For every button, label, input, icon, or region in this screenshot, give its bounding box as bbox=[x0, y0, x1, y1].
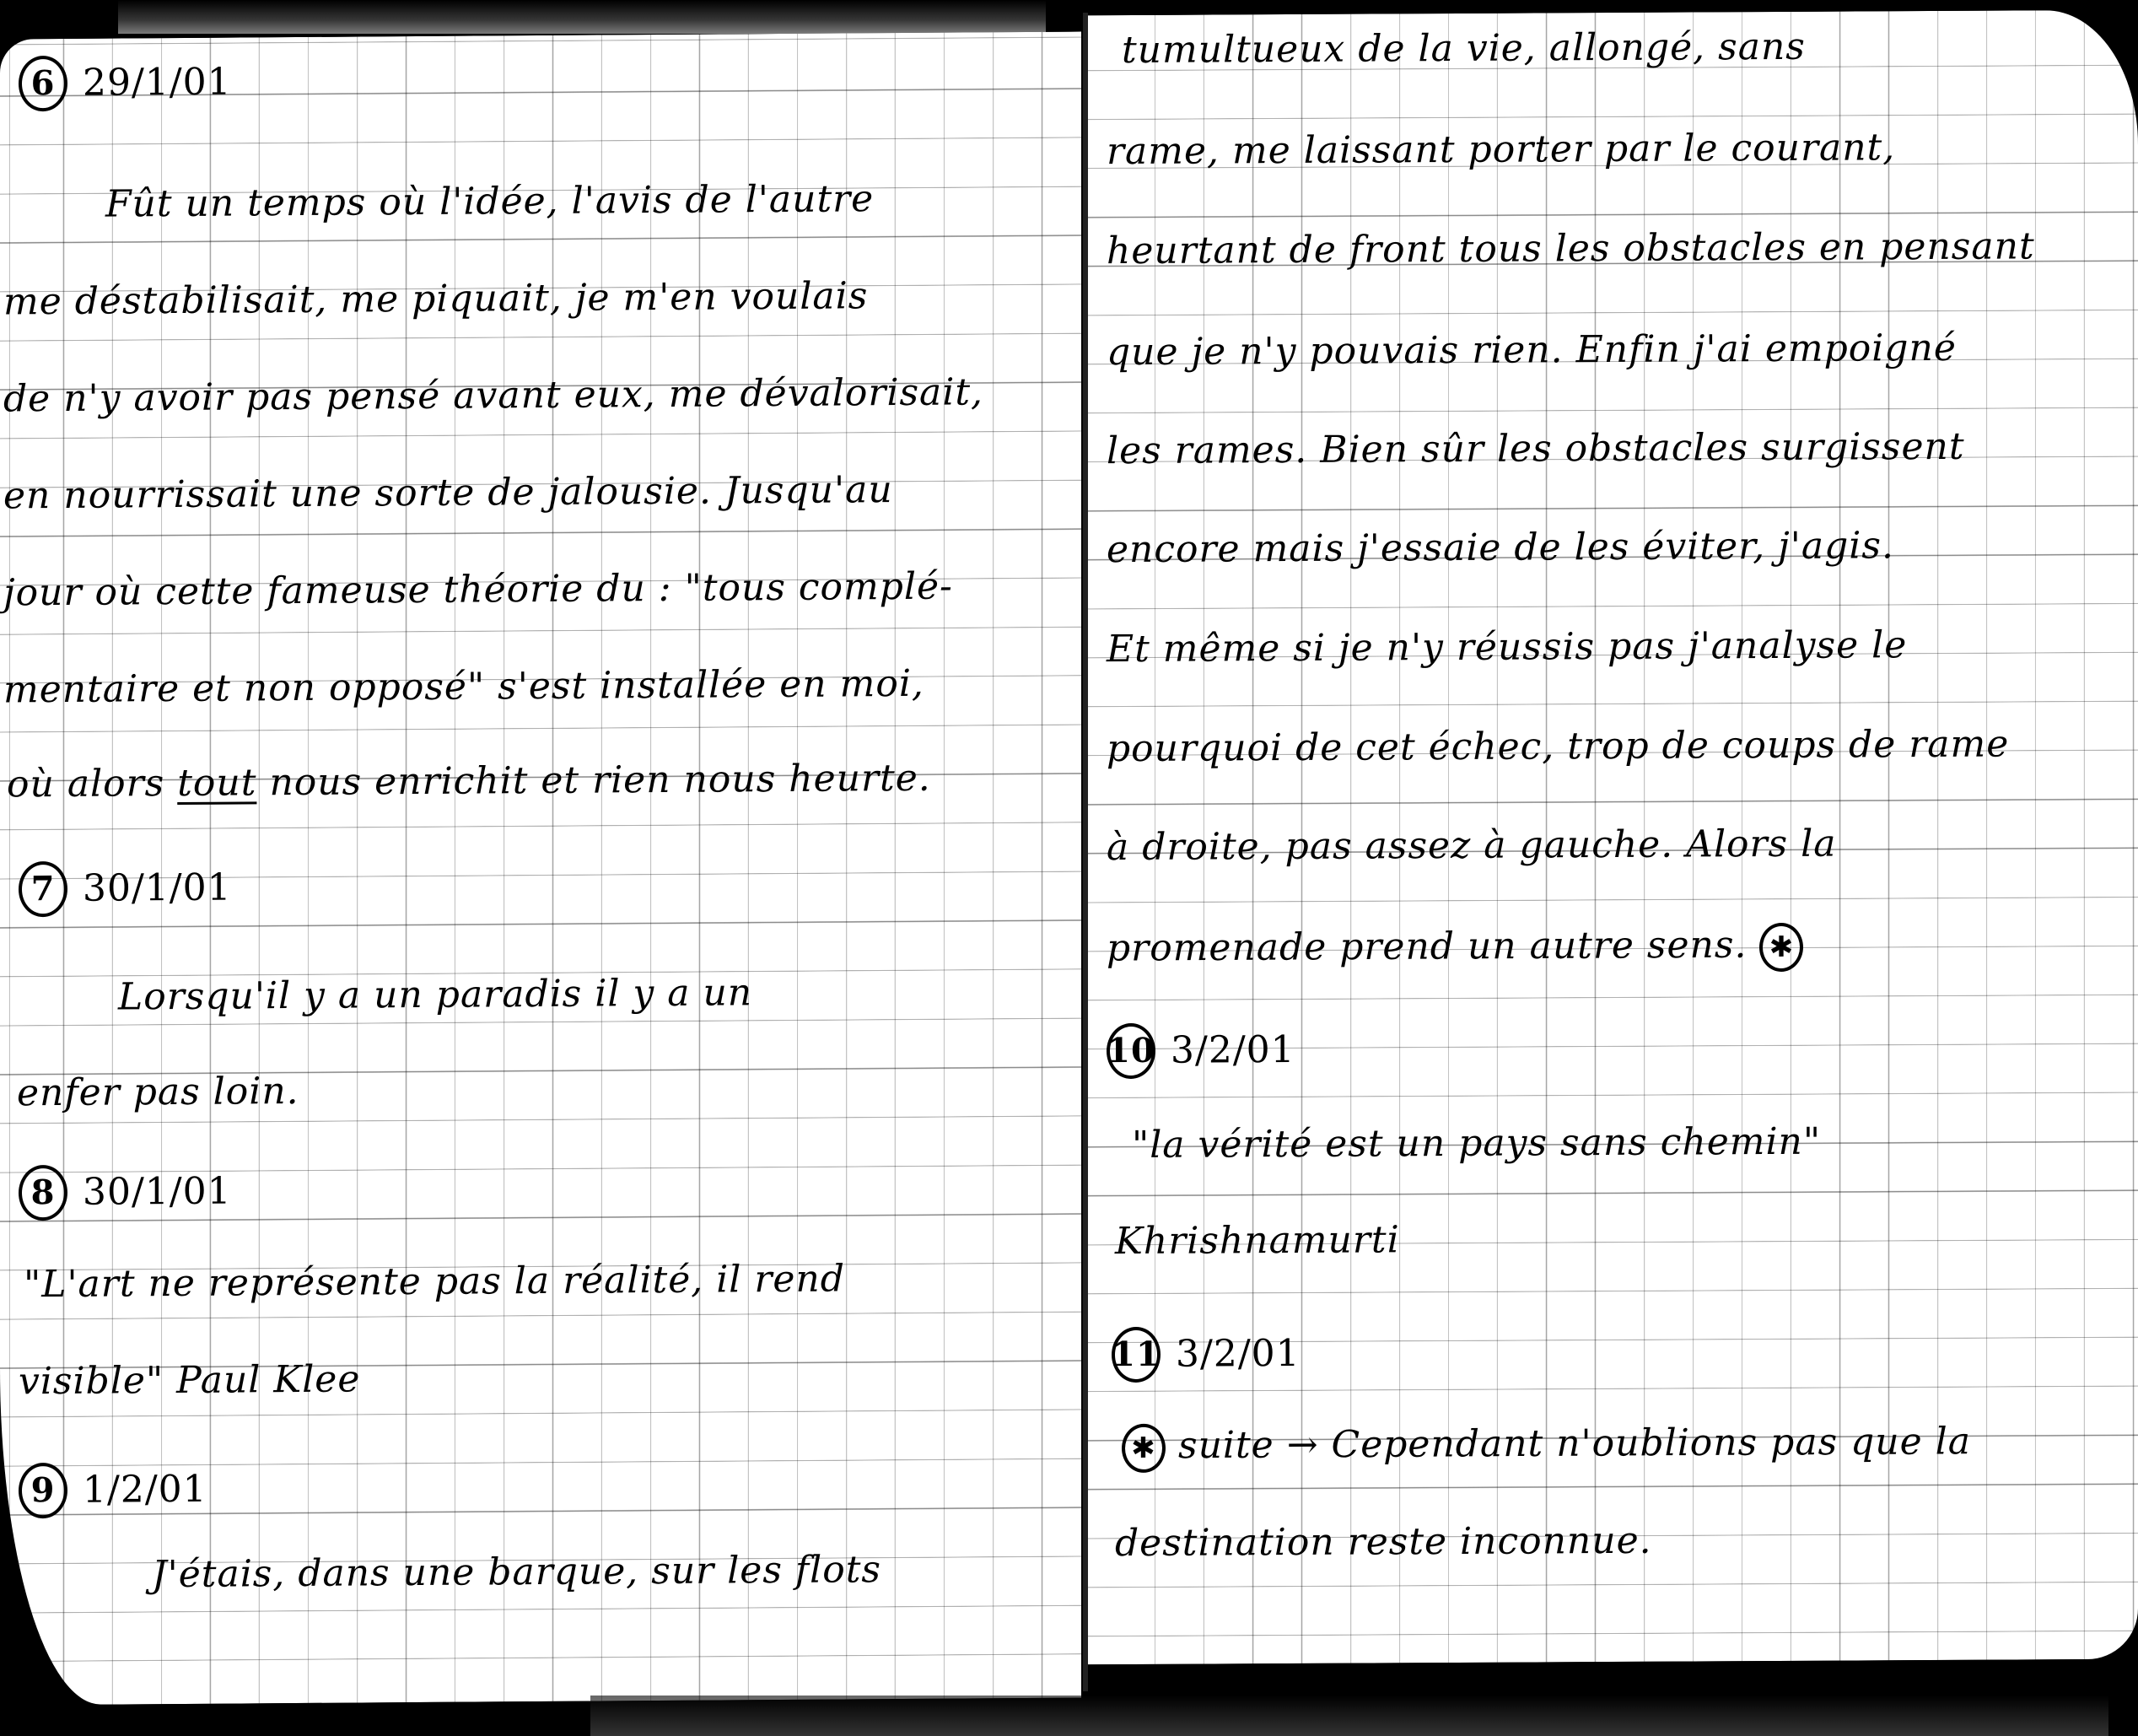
entry-7-line-1: Lorsqu'il y a un paradis il y a un bbox=[118, 974, 752, 1016]
notebook-spread: 6 29/1/01 Fût un temps où l'idée, l'avis… bbox=[0, 0, 2138, 1736]
entry-7-header: 7 30/1/01 bbox=[19, 860, 232, 918]
right-page: tumultueux de la vie, allongé, sans rame… bbox=[1088, 10, 2138, 1665]
text-segment: nous enrichit et rien nous heurte. bbox=[269, 757, 930, 804]
left-page: 6 29/1/01 Fût un temps où l'idée, l'avis… bbox=[0, 32, 1081, 1706]
text-segment: suite → Cependant n'oublions pas que la bbox=[1178, 1420, 1971, 1467]
entry-6-line-1: Fût un temps où l'idée, l'avis de l'autr… bbox=[105, 181, 874, 223]
continuation-line-5: les rames. Bien sûr les obstacles surgis… bbox=[1107, 429, 1965, 470]
entry-6-line-4: en nourrissait une sorte de jalousie. Ju… bbox=[3, 472, 893, 515]
entry-10-header: 10 3/2/01 bbox=[1107, 1022, 1295, 1079]
entry-number-circle: 9 bbox=[19, 1463, 67, 1518]
entry-date: 3/2/01 bbox=[1176, 1335, 1301, 1373]
continuation-line-7: Et même si je n'y réussis pas j'analyse … bbox=[1107, 627, 1907, 668]
entry-date: 30/1/01 bbox=[83, 870, 232, 908]
entry-number-circle: 10 bbox=[1107, 1023, 1155, 1079]
footnote-asterisk-icon: ✱ bbox=[1122, 1424, 1166, 1473]
entry-6-line-5: jour où cette fameuse théorie du : "tous… bbox=[3, 569, 953, 612]
entry-6-line-3: de n'y avoir pas pensé avant eux, me dév… bbox=[3, 374, 983, 418]
entry-10-line-1: "la vérité est un pays sans chemin" bbox=[1132, 1124, 1821, 1164]
text-segment: où alors bbox=[7, 762, 164, 806]
entry-date: 3/2/01 bbox=[1171, 1032, 1295, 1070]
entry-number-circle: 7 bbox=[19, 861, 67, 917]
entry-number-circle: 6 bbox=[19, 56, 67, 111]
entry-11-line-2: destination reste inconnue. bbox=[1115, 1523, 1652, 1562]
footnote-asterisk-icon: ✱ bbox=[1759, 923, 1803, 972]
text-segment: promenade prend un autre sens. bbox=[1107, 924, 1747, 970]
entry-7-line-2: enfer pas loin. bbox=[17, 1073, 299, 1112]
entry-number-circle: 11 bbox=[1112, 1327, 1161, 1383]
entry-6-line-7: où alors tout nous enrichit et rien nous… bbox=[7, 760, 931, 804]
entry-8-line-1: "L'art ne représente pas la réalité, il … bbox=[24, 1260, 845, 1303]
entry-11-header: 11 3/2/01 bbox=[1112, 1326, 1301, 1383]
entry-9-line-1: J'étais, dans une barque, sur les flots bbox=[152, 1551, 881, 1593]
entry-number-circle: 8 bbox=[19, 1165, 67, 1221]
continuation-line-6: encore mais j'essaie de les éviter, j'ag… bbox=[1107, 527, 1894, 569]
scan-shadow-bottom bbox=[590, 1696, 2108, 1736]
scan-shadow-top bbox=[118, 0, 1046, 34]
entry-6-header: 6 29/1/01 bbox=[19, 55, 232, 112]
entry-6-line-2: me déstabilisait, me piquait, je m'en vo… bbox=[3, 278, 868, 321]
entry-9-header: 9 1/2/01 bbox=[19, 1462, 207, 1519]
continuation-line-4: que je n'y pouvais rien. Enfin j'ai empo… bbox=[1107, 330, 1957, 371]
entry-8-line-2: visible" Paul Klee bbox=[19, 1361, 360, 1400]
entry-date: 29/1/01 bbox=[83, 64, 232, 102]
entry-10-line-2: Khrishnamurti bbox=[1115, 1221, 1400, 1260]
continuation-line-3: heurtant de front tous les obstacles en … bbox=[1107, 228, 2035, 270]
entry-11-line-1: ✱ suite → Cependant n'oublions pas que l… bbox=[1122, 1420, 1971, 1473]
continuation-line-2: rame, me laissant porter par le courant, bbox=[1107, 129, 1895, 170]
entry-8-header: 8 30/1/01 bbox=[19, 1164, 232, 1221]
entry-date: 30/1/01 bbox=[83, 1173, 232, 1211]
continuation-line-9: à droite, pas assez à gauche. Alors la bbox=[1107, 826, 1836, 867]
continuation-line-1: tumultueux de la vie, allongé, sans bbox=[1122, 29, 1806, 69]
continuation-line-10: promenade prend un autre sens. ✱ bbox=[1107, 923, 1803, 975]
underlined-word: tout bbox=[177, 761, 256, 805]
entry-6-line-6: mentaire et non opposé" s'est installée … bbox=[3, 666, 924, 709]
continuation-line-8: pourquoi de cet échec, trop de coups de … bbox=[1107, 726, 2009, 768]
entry-date: 1/2/01 bbox=[83, 1471, 207, 1509]
